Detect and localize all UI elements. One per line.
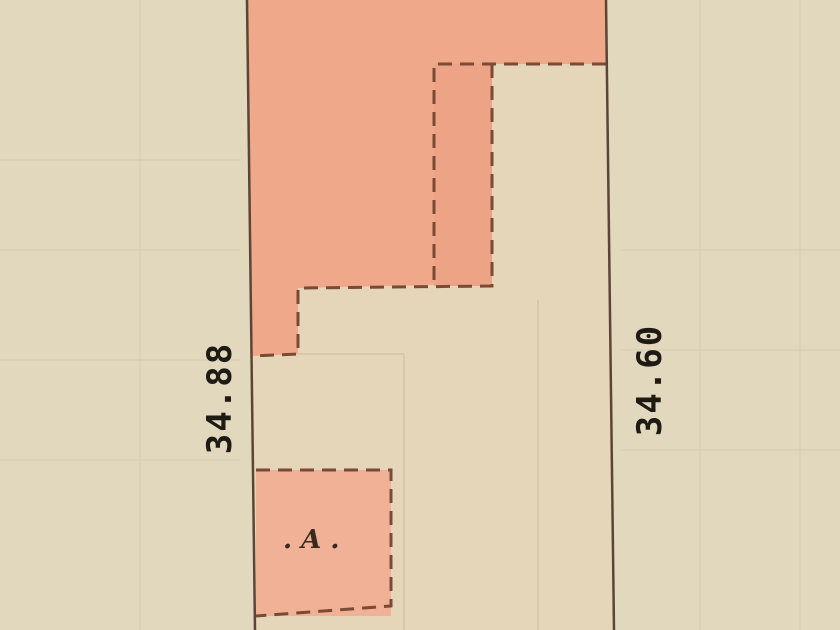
- shaded-strip: [434, 64, 492, 286]
- plan-sheet: 34.88 34.60 . A .: [0, 0, 840, 630]
- left-dimension-label: 34.88: [200, 308, 240, 488]
- site-plan: [0, 0, 840, 630]
- right-dimension-label: 34.60: [630, 290, 670, 470]
- lot-a-label: . A .: [283, 525, 339, 555]
